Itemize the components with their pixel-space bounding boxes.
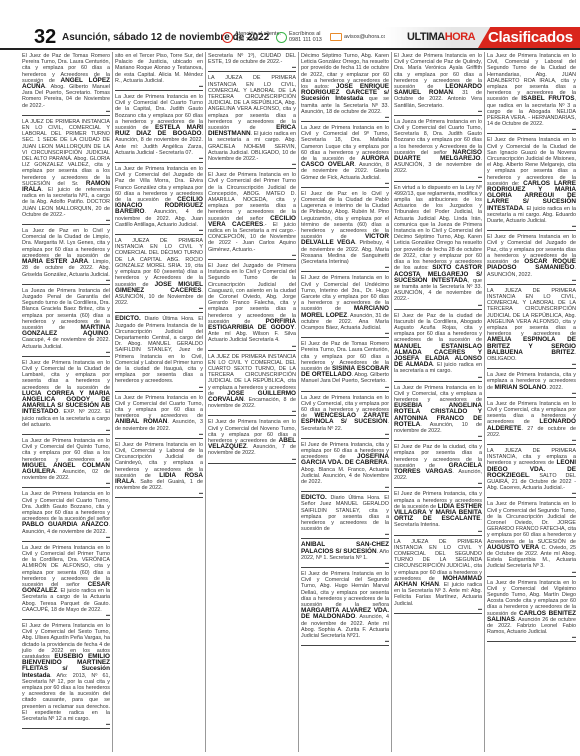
- legal-notice: El Juez de Primera Instancia en lo Civil…: [22, 622, 110, 729]
- decedent-name: AMELIA ESPINOLA DE BRITEZ Y SERGIO BALBU…: [487, 336, 576, 355]
- envelope-icon: [330, 33, 342, 41]
- legal-notice: La Juez de Primera Instancia en lo Civil…: [487, 400, 576, 445]
- legal-notice: LA JUEZA DE PRIMERA INSTANCIA EN LO CIVI…: [394, 538, 482, 614]
- legal-notice: La Juez de Primera Instancia en lo Civil…: [115, 394, 203, 439]
- decedent-name: WENCESLAO ZARATE ESPINOLA S/ SUCESIÓN: [301, 412, 389, 425]
- column-1: El Juez de Paz de Tomas Romero Pereira T…: [20, 52, 113, 752]
- notice-code: ▬: [301, 532, 389, 536]
- legal-notice: El Juez de Primera Instancia en lo Civil…: [301, 570, 389, 646]
- notice-code: ▬: [115, 432, 203, 436]
- page-number: 32: [34, 27, 56, 48]
- decedent-name: AUGUSTO VERA: [487, 544, 539, 551]
- notice-code: ▬: [22, 218, 110, 222]
- legal-notice: El Juez de Paz de la ciudad de Itacurubí…: [394, 312, 482, 382]
- legal-notice: La Juez de Primera Instancia, cita y emp…: [487, 371, 576, 398]
- notice-code: ▬: [487, 391, 576, 395]
- legal-notice: El Juez de Primera Instancia en lo Civil…: [301, 274, 389, 338]
- legal-notice: La Juez de Primera Instancia en lo Civil…: [301, 124, 389, 188]
- legal-notice: El Juez de Primera Instancia en lo Civil…: [208, 418, 296, 463]
- legal-notice: La Jueza de Primera Instancia del Juzgad…: [22, 287, 110, 357]
- decedent-name: PABLO GUARDIA AÑAZCO: [22, 521, 109, 528]
- notice-code: ▬: [115, 385, 203, 389]
- legal-notice: Secretaría Nº 1º), CIUDAD DEL ESTE, 19 d…: [208, 52, 296, 72]
- legal-notice: LA JUEZ DE PRIMERA INSTANCIA EN LO CIVIL…: [22, 118, 110, 225]
- notice-code: ▬: [301, 432, 389, 436]
- legal-notice: EDICTO. Diario Última Hora. El Señor Jue…: [301, 494, 389, 539]
- notice-code: ▬: [487, 635, 576, 639]
- decedent-name: MARIA ESTER JARA: [22, 258, 88, 265]
- column-6: La Juez de Primera Instancia en lo Civil…: [485, 52, 578, 752]
- legal-notice: El Juez de Paz de la ciudad, cita y empl…: [394, 443, 482, 488]
- legal-notice: El Juez de Primera Instancia en lo Civil…: [394, 52, 482, 116]
- column-4: Décimo Séptimo Turno, Abg. Karen Leticia…: [299, 52, 392, 752]
- decedent-name: EDICTO.: [301, 494, 327, 501]
- notice-code: ▬: [115, 84, 203, 88]
- legal-notice: sito en el Tercer Piso, Torre Sur, del P…: [115, 52, 203, 91]
- legal-notice: En virtud a lo dispuesto en la Ley Nº 49…: [394, 184, 482, 310]
- decedent-name: EDICTO.: [115, 315, 141, 322]
- legal-notice: El Juez de Paz de Tomas Romero Pereira T…: [301, 340, 389, 391]
- notice-code: ▬: [22, 535, 110, 539]
- decedent-name: ANIBAL ROMAN: [115, 418, 167, 425]
- legal-notice: La Jueza de Primera Instancia en lo Civi…: [394, 118, 482, 182]
- notice-code: ▬: [22, 109, 110, 113]
- legal-notice: La Juez de Paz en lo Civil y Comercial d…: [22, 227, 110, 285]
- column-5: El Juez de Primera Instancia en lo Civil…: [392, 52, 485, 752]
- legal-notice: El Juez de Primera Instancia en lo Civil…: [487, 136, 576, 231]
- notice-code: ▬: [487, 278, 576, 282]
- legal-notice: La Juez de Primera Instancia en lo Civil…: [487, 500, 576, 576]
- classified-columns: El Juez de Paz de Tomas Romero Pereira T…: [20, 52, 580, 752]
- notice-code: ▬: [208, 409, 296, 413]
- notice-code: ▬: [301, 331, 389, 335]
- decedent-name: MIRIAN SOLANO: [495, 384, 547, 391]
- legal-notice: La Juez de Primera Instancia en lo Civil…: [115, 93, 203, 163]
- legal-notice: LA JUEZA DE PRIMERA INSTANCIA, cita y em…: [487, 447, 576, 498]
- notice-code: ▬: [301, 639, 389, 643]
- legal-notice: El Juez de Primera Instancia, cita y emp…: [394, 490, 482, 535]
- legal-notice: La Juez de Primera Instancia en lo Civil…: [487, 579, 576, 643]
- notice-code: ▬: [115, 306, 203, 310]
- notice-code: ▬: [301, 385, 389, 389]
- notice-code: ▬: [487, 438, 576, 442]
- whatsapp-icon: [276, 32, 287, 43]
- notice-code: ▬: [208, 457, 296, 461]
- notice-code: ▬: [115, 228, 203, 232]
- notice-code: ▬: [487, 570, 576, 574]
- legal-notice: Décimo Séptimo Turno, Abg. Karen Leticia…: [301, 52, 389, 122]
- legal-notice: EDICTO. Diario Última Hora. El Juzgado d…: [115, 315, 203, 391]
- legal-notice: El Juez de Primera Instancia en lo Civil…: [22, 359, 110, 435]
- notice-code: ▬: [394, 481, 482, 485]
- phone-icon: [222, 32, 233, 43]
- legal-notice: El Juez del Juzgado de Primera Instancia…: [208, 262, 296, 351]
- header-divider: [0, 48, 580, 50]
- section-title: Clasificados: [488, 29, 573, 46]
- legal-notice: El Juez de Primera Instancia en lo Civil…: [487, 233, 576, 284]
- notice-code: ▬: [22, 350, 110, 354]
- legal-notice: LA JUEZA DE PRIMERA INSTANCIA EN LO CIVI…: [208, 74, 296, 169]
- notice-code: ▬: [208, 253, 296, 257]
- notice-code: ▬: [22, 613, 110, 617]
- legal-notice: La Juez de Primera Instancia en lo Civil…: [22, 490, 110, 541]
- decedent-name: ISABEL FRUTOS: [521, 95, 574, 102]
- legal-notice: LA JUEZ DE PRIMERA INSTANCIA EN LO CIVIL…: [208, 353, 296, 417]
- legal-notice: ANIBAL SAN-CHEZ PALACIOS S/ SUCESIÓN. Añ…: [301, 541, 389, 568]
- legal-notice: La Juez de Primera Instancia en lo Civil…: [22, 544, 110, 620]
- notice-code: ▬: [301, 561, 389, 565]
- notice-code: ▬: [487, 224, 576, 228]
- notice-code: ▬: [301, 181, 389, 185]
- notice-code: ▬: [301, 265, 389, 269]
- notice-code: ▬: [487, 127, 576, 131]
- notice-code: ▬: [394, 175, 482, 179]
- notice-code: ▬: [115, 491, 203, 495]
- notice-code: ▬: [22, 278, 110, 282]
- column-2: sito en el Tercer Piso, Torre Sur, del P…: [113, 52, 206, 752]
- legal-notice: La Juez de Primera Instancia en lo Civil…: [394, 384, 482, 442]
- notice-code: ▬: [394, 375, 482, 379]
- legal-notice: La Juez de Primera Instancia en lo Civil…: [487, 52, 576, 134]
- page-header: 32 Asunción, sábado 12 de noviembre de 2…: [0, 27, 580, 48]
- legal-notice: La Juez de Primera Instancia en lo Civil…: [301, 394, 389, 439]
- notice-code: ▬: [301, 485, 389, 489]
- brand-logo: ULTIMAHORA: [407, 31, 475, 43]
- legal-notice: La Juez de Primera Instancia en lo Civil…: [115, 165, 203, 235]
- notice-code: ▬: [22, 722, 110, 726]
- column-3: Secretaría Nº 1º), CIUDAD DEL ESTE, 19 d…: [206, 52, 299, 752]
- notice-code: ▬: [394, 303, 482, 307]
- notice-code: ▬: [22, 428, 110, 432]
- legal-notice: La Juez de Primera Instancia en lo Civil…: [22, 437, 110, 488]
- legal-notice: El Juez de Primera Instancia, cita y emp…: [301, 441, 389, 492]
- notice-code: ▬: [208, 162, 296, 166]
- legal-notice: LA JUEZA DE PRIMERA INSTANCIA EN LO CIVI…: [487, 287, 576, 369]
- notice-code: ▬: [394, 607, 482, 611]
- notice-code: ▬: [301, 115, 389, 119]
- notice-code: ▬: [22, 481, 110, 485]
- legal-notice: El Juez de Primera Instancia en lo Civil…: [208, 171, 296, 260]
- notice-code: ▬: [394, 529, 482, 533]
- legal-notice: El Juez de Paz en lo Civil y Comercial d…: [301, 190, 389, 272]
- legal-notice: LA JUEZA DE PRIMERA INSTANCIA EN LO CIVI…: [115, 237, 203, 313]
- legal-notice: El Juez de Primera Instancia en lo Civil…: [115, 441, 203, 499]
- notice-code: ▬: [394, 434, 482, 438]
- legal-notice: El Juez de Paz de Tomas Romero Pereira T…: [22, 52, 110, 116]
- notice-code: ▬: [115, 156, 203, 160]
- notice-code: ▬: [487, 362, 576, 366]
- notice-code: ▬: [208, 65, 296, 69]
- notice-code: ▬: [208, 344, 296, 348]
- notice-code: ▬: [487, 491, 576, 495]
- notice-code: ▬: [394, 109, 482, 113]
- contact-customer-service: Atención al cliente:415 7000: [222, 28, 281, 46]
- contact-whatsapp: Escríbinos al0981 111 013: [276, 28, 322, 46]
